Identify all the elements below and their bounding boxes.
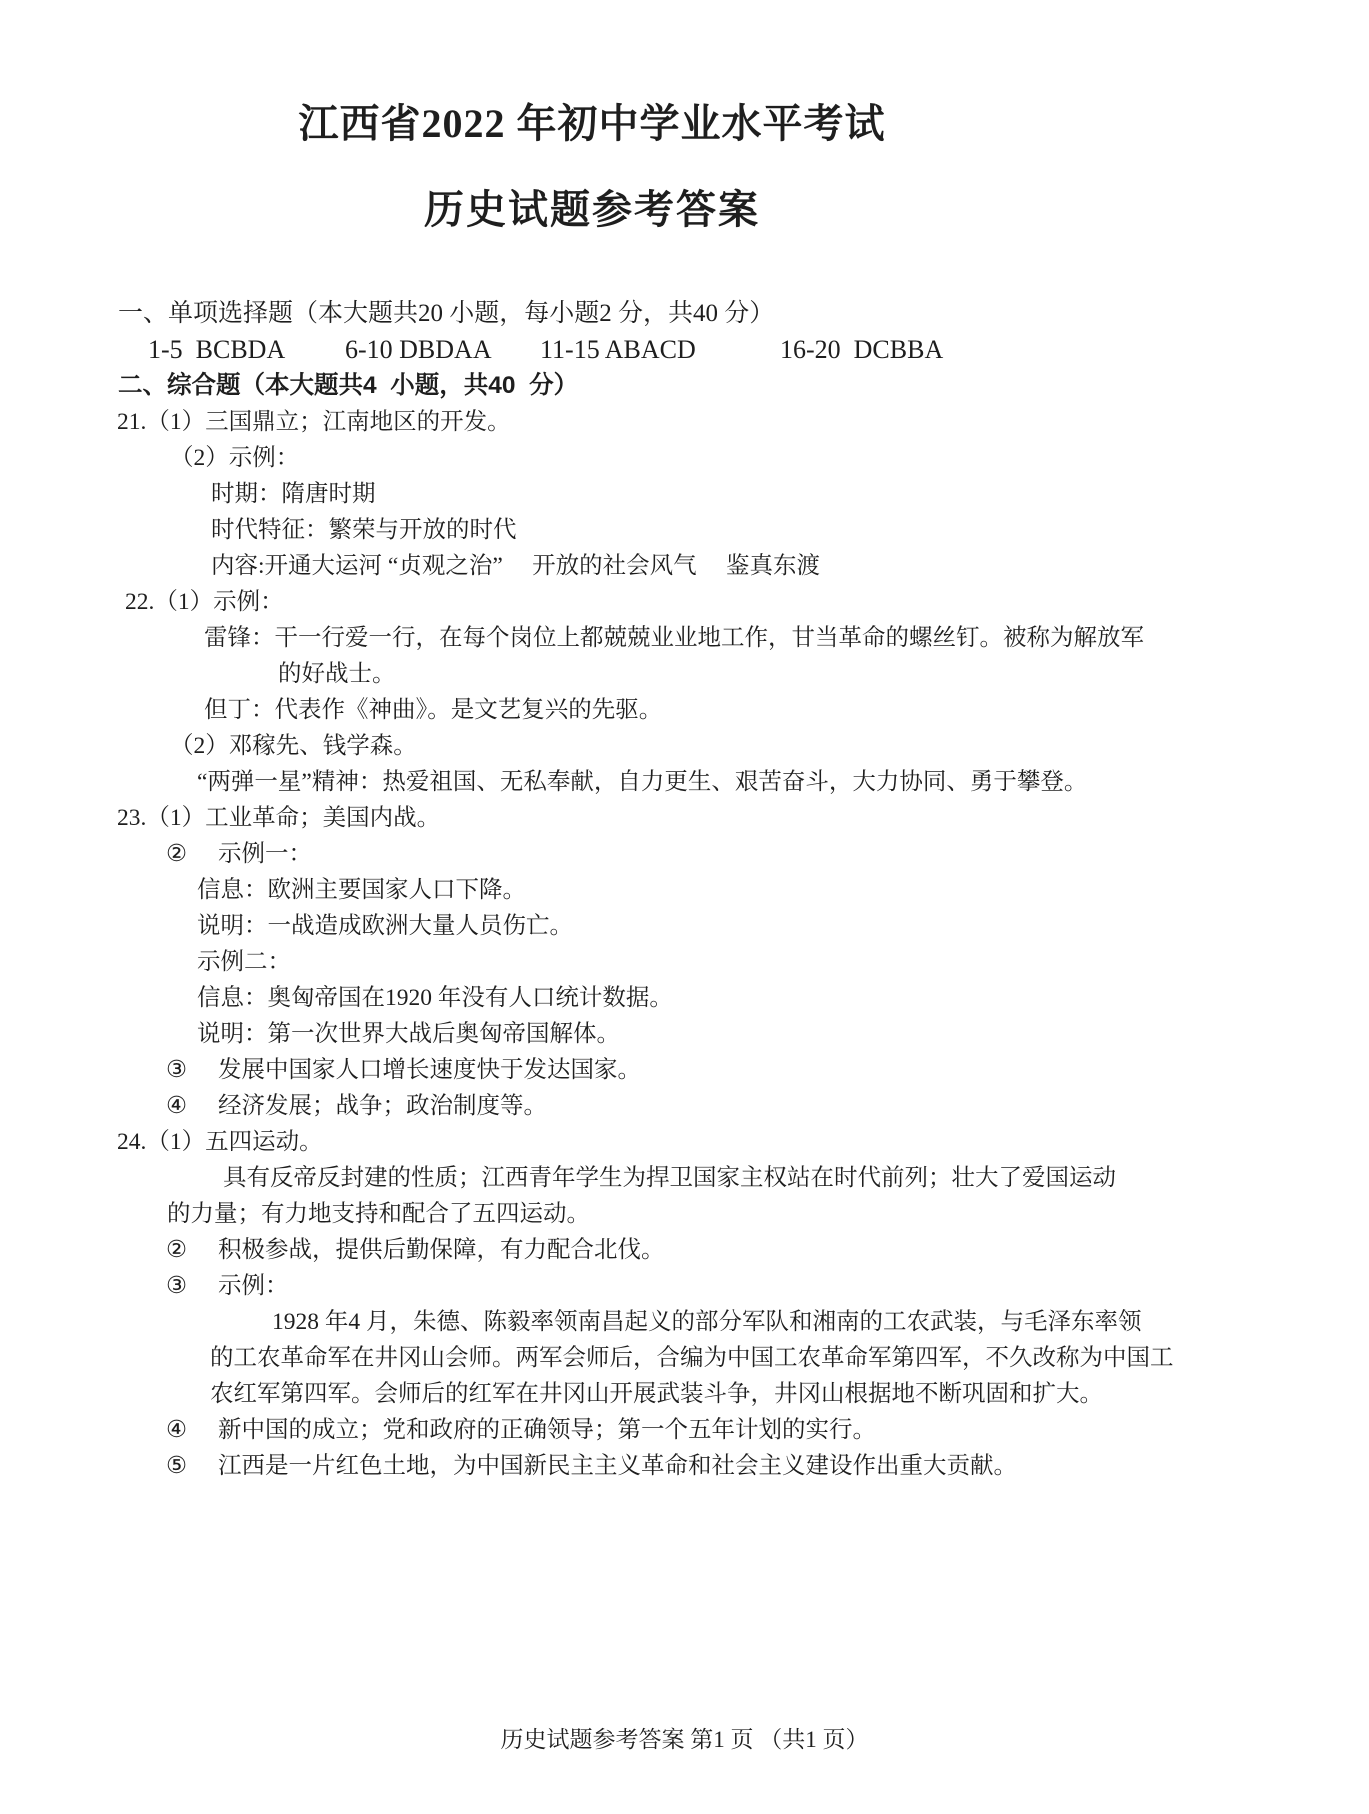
q23-example1-label: 示例一： [218,841,312,867]
q23-part3-answer: 发展中国家人口增长速度快于发达国家。 [218,1057,641,1083]
page-footer: 历史试题参考答案 第1 页 （共1 页） [0,1722,1369,1758]
q22-leifeng-line1: 雷锋：干一行爱一行，在每个岗位上都兢兢业业地工作，甘当革命的螺丝钉。被称为解放军 [0,620,1369,656]
q23-part3-line: ③发展中国家人口增长速度快于发达国家。 [0,1052,1369,1088]
circled-5-marker: ⑤ [166,1448,218,1484]
mc-answers-6-10: 6-10 DBDAA [345,332,540,368]
q22-spirit-answer: “两弹一星”精神：热爱祖国、无私奉献，自力更生、艰苦奋斗，大力协同、勇于攀登。 [0,764,1369,800]
q21-example-feature: 时代特征：繁荣与开放的时代 [0,512,1369,548]
circled-3-marker: ③ [166,1268,218,1304]
q23-part4-line: ④经济发展；战争；政治制度等。 [0,1088,1369,1124]
mc-answers-1-5: 1-5 BCBDA [148,332,345,368]
q23-part4-answer: 经济发展；战争；政治制度等。 [218,1093,547,1119]
q24-part3-line: ③示例： [0,1268,1369,1304]
answer-key-page: 江西省2022 年初中学业水平考试 历史试题参考答案 一、单项选择题（本大题共2… [0,0,1369,1814]
q24-example-label: 示例： [218,1273,289,1299]
q24-part4-line: ④新中国的成立；党和政府的正确领导；第一个五年计划的实行。 [0,1412,1369,1448]
q23-example1-info: 信息：欧洲主要国家人口下降。 [0,872,1369,908]
section-choice-heading: 一、单项选择题（本大题共20 小题，每小题2 分，共40 分） [0,296,1369,332]
circled-4-marker: ④ [166,1088,218,1124]
q21-part2-label: （2）示例： [0,440,1369,476]
q23-part2-line: ②示例一： [0,836,1369,872]
q23-example2-info: 信息：奥匈帝国在1920 年没有人口统计数据。 [0,980,1369,1016]
mc-answers-11-15: 11-15 ABACD [540,332,780,368]
circled-4-marker: ④ [166,1412,218,1448]
q22-leifeng-line2: 的好战士。 [0,656,1369,692]
q23-part1-answer: 23.（1）工业革命；美国内战。 [0,800,1369,836]
q24-part2-line: ②积极参战，提供后勤保障，有力配合北伐。 [0,1232,1369,1268]
q24-example-line2: 的工农革命军在井冈山会师。两军会师后，合编为中国工农革命军第四军，不久改称为中国… [0,1340,1369,1376]
circled-3-marker: ③ [166,1052,218,1088]
q24-example-line3: 农红军第四军。会师后的红军在井冈山开展武装斗争，井冈山根据地不断巩固和扩大。 [0,1376,1369,1412]
q22-part1-label: 22.（1）示例： [0,584,1369,620]
q23-example2-note: 说明：第一次世界大战后奥匈帝国解体。 [0,1016,1369,1052]
q23-example2-label: 示例二： [0,944,1369,980]
q24-part4-answer: 新中国的成立；党和政府的正确领导；第一个五年计划的实行。 [218,1417,876,1443]
q22-dante-answer: 但丁：代表作《神曲》。是文艺复兴的先驱。 [0,692,1369,728]
q21-example-content: 内容:开通大运河 “贞观之治” 开放的社会风气 鉴真东渡 [0,548,1369,584]
mc-answers-16-20: 16-20 DCBBA [780,332,943,368]
q21-example-period: 时期：隋唐时期 [0,476,1369,512]
exam-title: 江西省2022 年初中学业水平考试 [0,100,1184,148]
circled-2-marker: ② [166,1232,218,1268]
q24-example-line1: 1928 年4 月，朱德、陈毅率领南昌起义的部分军队和湘南的工农武装，与毛泽东率… [0,1304,1369,1340]
section-comprehensive-heading: 二、综合题（本大题共4 小题，共40 分） [0,368,1369,404]
q24-part2-answer: 积极参战，提供后勤保障，有力配合北伐。 [218,1237,665,1263]
mc-answer-row: 1-5 BCBDA6-10 DBDAA11-15 ABACD16-20 DCBB… [0,332,1369,368]
circled-2-marker: ② [166,836,218,872]
q22-part2-answer: （2）邓稼先、钱学森。 [0,728,1369,764]
q24-part1-answer: 24.（1）五四运动。 [0,1124,1369,1160]
answer-key-subtitle: 历史试题参考答案 [0,186,1184,234]
q24-part1-significance-line1: 具有反帝反封建的性质；江西青年学生为捍卫国家主权站在时代前列；壮大了爱国运动 [0,1160,1369,1196]
q24-part5-answer: 江西是一片红色土地，为中国新民主主义革命和社会主义建设作出重大贡献。 [218,1453,1017,1479]
q21-part1-answer: 21.（1）三国鼎立；江南地区的开发。 [0,404,1369,440]
title-block: 江西省2022 年初中学业水平考试 历史试题参考答案 [0,0,1184,234]
q23-example1-note: 说明：一战造成欧洲大量人员伤亡。 [0,908,1369,944]
q24-part5-line: ⑤江西是一片红色土地，为中国新民主主义革命和社会主义建设作出重大贡献。 [0,1448,1369,1484]
q24-part1-significance-line2: 的力量；有力地支持和配合了五四运动。 [0,1196,1369,1232]
